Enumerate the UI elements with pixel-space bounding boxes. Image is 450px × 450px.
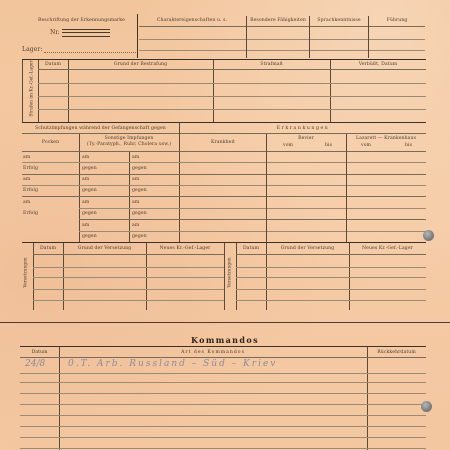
row-line [20,373,426,374]
row-line [236,277,426,278]
kommandos-col-datum: Datum [20,350,59,355]
row-line [79,231,426,232]
lazarett-bis: bis [405,143,412,148]
row-line [236,300,426,301]
erkennungsmarke-label: Beschriftung der Erkennungsmarke [38,18,125,23]
impf-cell: am [23,155,30,160]
strafen-col-verbuesst: Verbüßt, Datum [330,62,426,67]
row-line [33,267,224,268]
col-divider [129,152,130,242]
versetzungen-col-grund: Grund der Versetzung [63,246,146,251]
impf-cell: am [82,200,89,205]
impf-cell: am [82,223,89,228]
impf-cell: am [82,155,89,160]
row-line [180,133,426,134]
row-line [33,289,224,290]
impf-cell: Erfolg [23,211,38,216]
kommandos-title: Kommandos [0,335,450,345]
row-line [79,219,426,220]
row-line [20,382,426,383]
strafen-col-datum: Datum [38,62,68,67]
impf-cell: am [23,177,30,182]
lager-label: Lager: [22,47,42,52]
versetzungen-side-label-right: Versetzungen [228,243,233,303]
impfungen-col-sonstige: Sonstige Impfungen [79,136,179,141]
lazarett-von: vom [361,143,371,148]
row-line [22,185,426,186]
revier-bis: bis [325,143,332,148]
col-divider [224,243,225,310]
impfungen-title: Schutzimpfungen während der Gefangenscha… [22,126,179,131]
nr-field [62,29,110,37]
versetzungen-col-grund-2: Grund der Versetzung [266,246,349,251]
row-line [236,267,426,268]
col-divider [266,134,267,242]
strafen-col-grund: Grund der Bestrafung [68,62,213,67]
row-line [33,300,224,301]
col-divider [59,347,60,450]
impf-cell: gegen [132,166,147,171]
header-row-line [139,50,425,51]
punch-hole [421,401,432,412]
versetzungen-col-lager-2: Neues Kr.-Gef.-Lager [349,246,426,251]
row-line [22,174,426,175]
impf-cell: gegen [132,188,147,193]
kommando-entry-art: 0.T. Arb. Russland – Süd – Kriev [68,359,277,369]
row-line [38,96,426,97]
row-line [22,151,426,152]
impf-cell: gegen [132,234,147,239]
impf-cell: am [132,177,139,182]
lager-field [44,52,136,53]
impf-cell: am [82,177,89,182]
revier-von: vom [283,143,293,148]
row-line [33,254,224,255]
impfungen-col-sonstige-sub: (Ty.-Paratyph., Ruhr, Cholera usw.) [79,142,179,147]
row-line [38,69,426,70]
row-line [33,277,224,278]
erkrankungen-col-krankheit: Krankheit [180,140,266,145]
section-rule [22,122,426,123]
row-line [22,162,426,163]
row-line [38,83,426,84]
versetzungen-col-datum: Datum [33,246,63,251]
impf-cell: am [132,200,139,205]
versetzungen-side-label-left: Versetzungen [24,243,29,303]
col-divider [367,347,368,450]
erkrankungen-col-lazarett: Lazarett — Krankenhaus [346,136,426,141]
impf-cell: Erfolg [23,188,38,193]
col-charakter: Charaktereigenschaften u. s. [139,18,245,23]
erkrankungen-col-revier: Revier [266,136,346,141]
impf-cell: am [23,200,30,205]
kommandos-col-art: Art des Kommandos [59,350,367,355]
impfungen-col-pocken: Pocken [22,140,79,145]
kommando-entry-datum: 24/8 [25,359,45,369]
row-line [22,196,426,197]
impf-cell: gegen [82,166,97,171]
impf-cell: gegen [82,211,97,216]
record-card: Beschriftung der Erkennungsmarke Nr. Lag… [0,0,450,450]
impf-cell: gegen [82,234,97,239]
col-faehigkeiten: Besondere Fähigkeiten [247,18,309,23]
impf-cell: Erfolg [23,166,38,171]
section-rule [22,59,426,60]
row-line [20,437,426,438]
strafen-side-label: Strafen im Kr.-Gef.-Lager [30,59,35,119]
header-row-line [139,39,425,40]
col-divider [346,134,347,242]
row-line [20,393,426,394]
row-line [22,133,179,134]
row-line [236,254,426,255]
row-line [38,109,426,110]
impf-cell: gegen [132,211,147,216]
section-rule [20,346,426,347]
impf-cell: am [132,223,139,228]
col-fuehrung: Führung [369,18,425,23]
nr-label: Nr. [50,30,60,35]
kommandos-col-rueckkehr: Rückkehrdatum [367,350,426,355]
table-border [22,60,23,122]
row-line [20,415,426,416]
row-line [20,404,426,405]
impf-cell: gegen [82,188,97,193]
erkrankungen-title: Erkrankungen [180,126,426,131]
row-line [79,208,426,209]
row-line [236,289,426,290]
versetzungen-col-datum-2: Datum [236,246,266,251]
row-line [20,357,426,358]
row-line [20,448,426,449]
impf-cell: am [132,155,139,160]
col-sprachen: Sprachkenntnisse [310,18,368,23]
versetzungen-col-lager: Neues Kr.-Gef.-Lager [146,246,224,251]
header-rule [139,26,425,27]
header-divider [137,14,138,58]
punch-hole [423,230,434,241]
fold-line [0,322,450,323]
row-line [20,426,426,427]
strafen-col-strafmass: Strafmaß [213,62,330,67]
